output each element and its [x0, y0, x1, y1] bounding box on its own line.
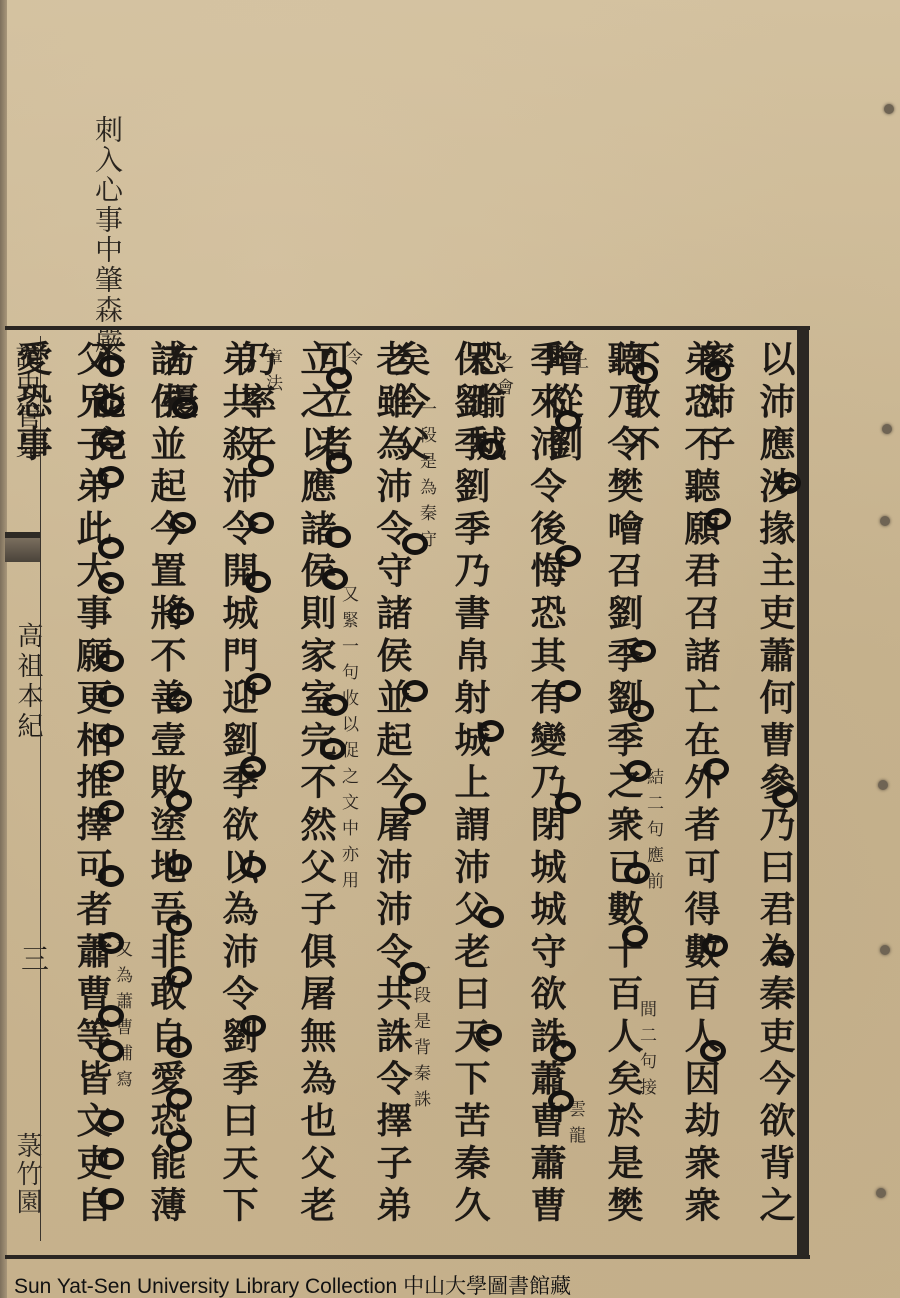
annotation: 上 [568, 352, 588, 378]
annotation: 間二句接 [636, 1000, 656, 1104]
library-collection-credit: Sun Yat-Sen University Library Collectio… [14, 1270, 571, 1298]
text-column-5: 保劉季劉季乃書帛射城上謂沛父老曰天下苦秦久矣今父 [440, 340, 500, 1245]
chapter-title: 高祖本紀 [13, 622, 43, 742]
collection-name-en: Sun Yat-Sen University Library Collectio… [14, 1275, 397, 1298]
text-column-2: 弟恐不聽願君召諸亡在外者可得數百人因劫衆衆不敢不 [670, 340, 730, 1245]
annotation: 章法 [262, 348, 282, 400]
handwritten-margin-note: 刺入心事中肇森嚴 [88, 115, 124, 355]
fishtail-ornament [5, 532, 40, 562]
spine-divider [40, 336, 41, 1241]
page-number: 三 [13, 944, 53, 972]
text-column-7: 立之以應諸侯則家室完不然父子俱屠無為也父老乃率子 [286, 340, 346, 1245]
collection-name-zh: 中山大學圖書館藏 [403, 1275, 571, 1298]
annotation: 之會 [493, 352, 513, 404]
book-spine-column: 讀史管見 高祖本紀 三 菉竹園 [5, 332, 40, 1249]
